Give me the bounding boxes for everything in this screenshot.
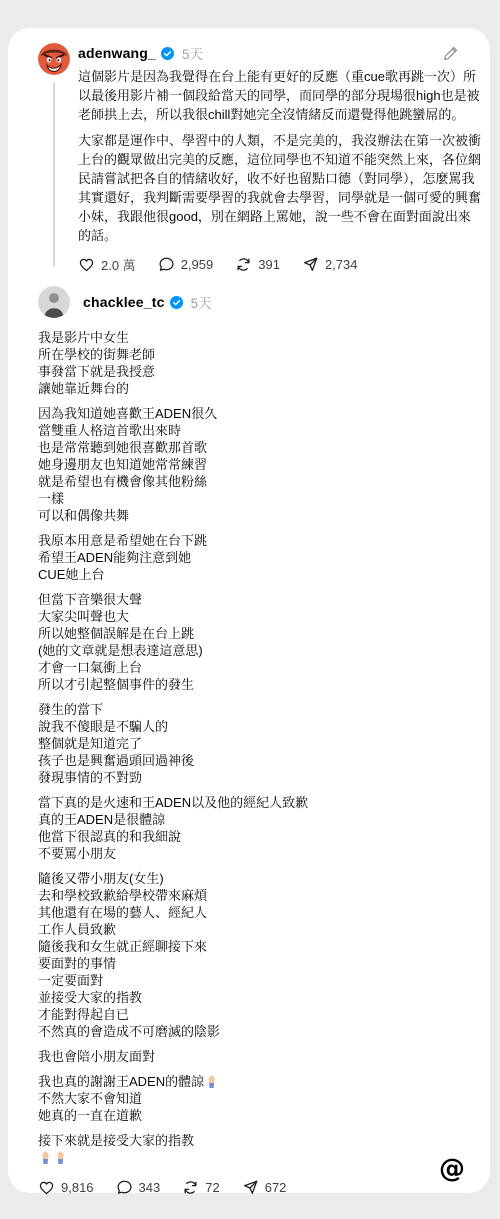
share-button[interactable]: 2,734 <box>302 256 358 273</box>
thread-connector-line <box>53 82 55 267</box>
timestamp: 5天 <box>191 292 212 312</box>
post-paragraph: 發生的當下 說我不傻眼是不騙人的 整個就是知道完了 孩子也是興奮過頭回過神後 發… <box>38 701 482 786</box>
like-count: 2.0 萬 <box>101 255 136 274</box>
folded-hands-emoji <box>205 1075 218 1088</box>
share-button[interactable]: 672 <box>242 1179 287 1196</box>
timestamp: 5天 <box>182 43 203 63</box>
comment-button[interactable]: 343 <box>116 1179 161 1196</box>
post-body: 我是影片中女生 所在學校的街舞老師 事發當下就是我授意 讓她靠近舞台的 因為我知… <box>38 329 482 1166</box>
like-button[interactable]: 9,816 <box>38 1179 94 1196</box>
thread-card: adenwang_ 5天 這個影片是因為我覺得在台上能有更好的反應（重cu <box>8 28 490 1193</box>
folded-hands-emoji <box>54 1151 67 1164</box>
post-chacklee: chacklee_tc 5天 我是影片中女生 所在學校的街舞老師 事發當下就是我… <box>38 286 482 1196</box>
like-count: 9,816 <box>61 1180 94 1195</box>
post-left-column <box>38 43 78 273</box>
avatar-cartoon-red-face[interactable] <box>38 43 70 75</box>
pencil-edit-icon[interactable] <box>442 44 460 62</box>
username-link[interactable]: adenwang_ <box>78 45 156 61</box>
post-header: adenwang_ 5天 <box>78 44 482 62</box>
comment-button[interactable]: 2,959 <box>158 256 214 273</box>
threads-logo-icon[interactable]: @ <box>439 1156 465 1182</box>
post-paragraph: 大家都是運作中、學習中的人類，不是完美的，我沒辦法在第一次被衝上台的觀眾做出完美… <box>78 131 482 245</box>
verified-badge-icon <box>161 47 174 60</box>
repost-arrows-icon <box>182 1179 199 1196</box>
comment-count: 343 <box>139 1180 161 1195</box>
paper-plane-icon <box>302 256 319 273</box>
post-paragraph: 當下真的是火速和王ADEN以及他的經紀人致歉 真的王ADEN是很體諒 他當下很認… <box>38 794 482 862</box>
like-button[interactable]: 2.0 萬 <box>78 255 136 274</box>
verified-badge-icon <box>170 296 183 309</box>
avatar-person-photo[interactable] <box>38 286 70 318</box>
heart-icon <box>38 1179 55 1196</box>
share-count: 672 <box>265 1180 287 1195</box>
post-paragraph: 這個影片是因為我覺得在台上能有更好的反應（重cue歌再跳一次）所以最後用影片補一… <box>78 67 482 124</box>
post-paragraph: 我也會陪小朋友面對 <box>38 1048 482 1065</box>
folded-hands-emoji <box>39 1151 52 1164</box>
repost-count: 72 <box>205 1180 219 1195</box>
paper-plane-icon <box>242 1179 259 1196</box>
share-count: 2,734 <box>325 257 358 272</box>
repost-count: 391 <box>258 257 280 272</box>
comment-bubble-icon <box>158 256 175 273</box>
post-paragraph: 因為我知道她喜歡王ADEN很久 當雙重人格這首歌出來時 也是常常聽到她很喜歡那首… <box>38 405 482 524</box>
post-paragraph: 我是影片中女生 所在學校的街舞老師 事發當下就是我授意 讓她靠近舞台的 <box>38 329 482 397</box>
heart-icon <box>78 256 95 273</box>
repost-button[interactable]: 72 <box>182 1179 219 1196</box>
post-paragraph: 隨後又帶小朋友(女生) 去和學校致歉給學校帶來麻煩 其他還有在場的藝人、經紀人 … <box>38 870 482 1040</box>
post-paragraph: 但當下音樂很大聲 大家尖叫聲也大 所以她整個誤解是在台上跳 (她的文章就是想表達… <box>38 591 482 693</box>
post-body: 這個影片是因為我覺得在台上能有更好的反應（重cue歌再跳一次）所以最後用影片補一… <box>78 67 482 245</box>
post-paragraph: 接下來就是接受大家的指教 <box>38 1132 482 1166</box>
repost-arrows-icon <box>235 256 252 273</box>
post-paragraph: 我也真的謝謝王ADEN的體諒 不然大家不會知道 她真的一直在道歉 <box>38 1073 482 1124</box>
engagement-bar: 2.0 萬 2,959 391 <box>78 255 482 273</box>
comment-count: 2,959 <box>181 257 214 272</box>
post-header: chacklee_tc 5天 <box>38 286 482 318</box>
post-adenwang: adenwang_ 5天 這個影片是因為我覺得在台上能有更好的反應（重cu <box>38 43 482 273</box>
post-paragraph: 我原本用意是希望她在台下跳 希望王ADEN能夠注意到她 CUE她上台 <box>38 532 482 583</box>
post-content-column: adenwang_ 5天 這個影片是因為我覺得在台上能有更好的反應（重cu <box>78 43 482 273</box>
username-link[interactable]: chacklee_tc <box>83 294 165 310</box>
comment-bubble-icon <box>116 1179 133 1196</box>
repost-button[interactable]: 391 <box>235 256 280 273</box>
engagement-bar: 9,816 343 72 <box>38 1178 482 1196</box>
